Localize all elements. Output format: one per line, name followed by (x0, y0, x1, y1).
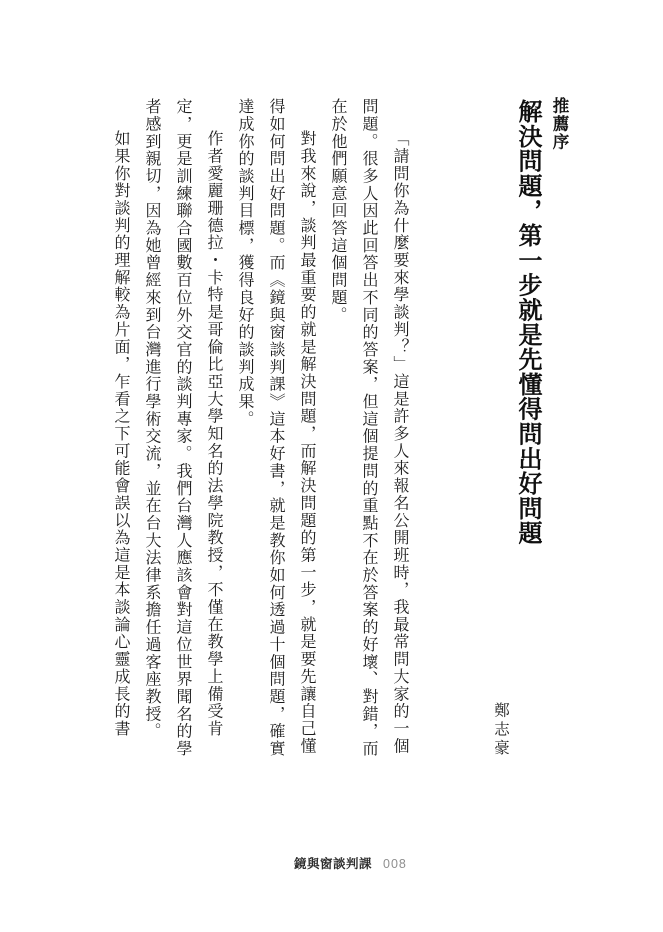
page-title: 解決問題，第一步就是先懂得問出好問題 (513, 99, 541, 545)
paragraph-4: 如果你對談判的理解較為片面，乍看之下可能會誤以為這是本談論心靈成長的書 (105, 98, 136, 766)
footer-page-number: 008 (383, 856, 407, 872)
author-name: 鄭志豪 (491, 702, 509, 758)
book-page: 推薦序 解決問題，第一步就是先懂得問出好問題 鄭志豪 「請問你為什麼要來學談判？… (0, 0, 663, 932)
section-label: 推薦序 (549, 97, 568, 151)
footer: 鏡與窗談判課 008 (294, 856, 407, 872)
footer-book-title: 鏡與窗談判課 (294, 856, 372, 872)
paragraph-1: 「請問你為什麼要來學談判？」這是許多人來報名公開班時，我最常問大家的一個問題。很… (322, 98, 415, 766)
body-text: 「請問你為什麼要來學談判？」這是許多人來報名公開班時，我最常問大家的一個問題。很… (105, 98, 415, 766)
paragraph-3: 作者愛麗珊德拉・卡特是哥倫比亞大學知名的法學院教授，不僅在教學上備受肯定，更是訓… (136, 98, 229, 766)
paragraph-2: 對我來說，談判最重要的就是解決問題，而解決問題的第一步，就是要先讓自己懂得如何問… (229, 98, 322, 766)
